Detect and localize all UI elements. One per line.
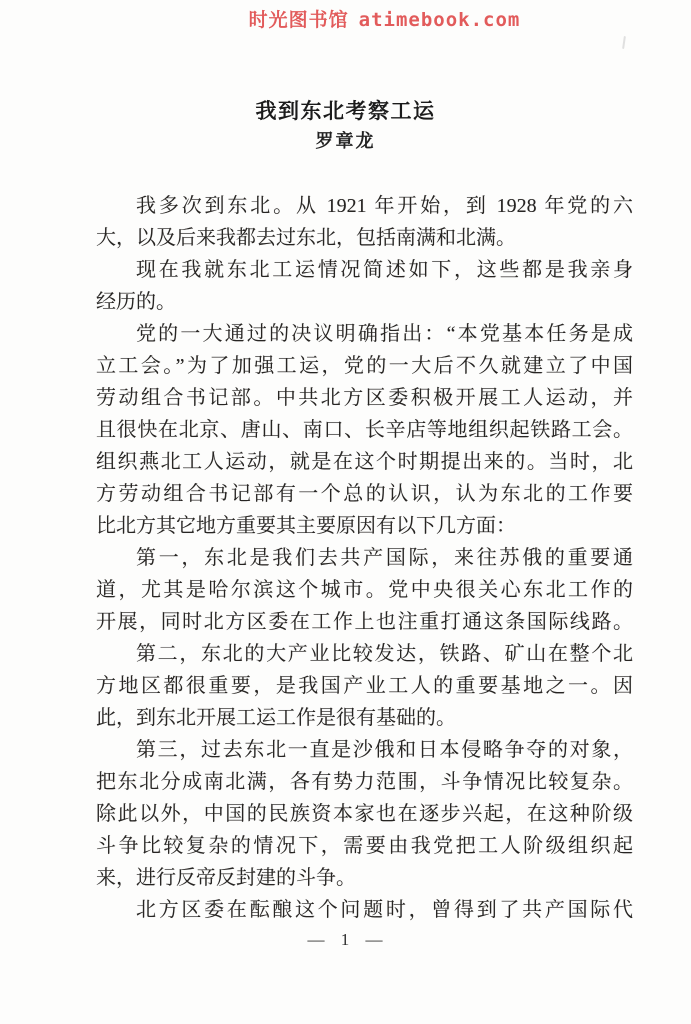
- text-line: 来，进行反帝反封建的斗争。: [96, 862, 633, 894]
- text-line: 第二，东北的大产业比较发达，铁路、矿山在整个北: [96, 638, 633, 670]
- watermark: 时光图书馆atimebook.com: [0, 5, 691, 32]
- text-line: 此，到东北开展工运工作是很有基础的。: [96, 702, 633, 734]
- watermark-site-name: 时光图书馆: [249, 9, 349, 31]
- text-line: 比北方其它地方重要其主要原因有以下几方面：: [96, 510, 633, 542]
- article-body: 我多次到东北。从 1921 年开始，到 1928 年党的六 大，以及后来我都去过…: [0, 190, 691, 926]
- text-line: 组织燕北工人运动，就是在这个时期提出来的。当时，北: [96, 446, 633, 478]
- page-number: — 1 —: [0, 930, 691, 950]
- text-line: 北方区委在酝酿这个问题时，曾得到了共产国际代: [96, 894, 633, 926]
- text-line: 立工会。”为了加强工运，党的一大后不久就建立了中国: [96, 350, 633, 382]
- text-line: 且很快在北京、唐山、南口、长辛店等地组织起铁路工会。: [96, 414, 633, 446]
- text-line: 把东北分成南北满，各有势力范围，斗争情况比较复杂。: [96, 766, 633, 798]
- text-line: 第三，过去东北一直是沙俄和日本侵略争夺的对象，: [96, 734, 633, 766]
- text-line: 劳动组合书记部。中共北方区委积极开展工人运动，并: [96, 382, 633, 414]
- text-line: 我多次到东北。从 1921 年开始，到 1928 年党的六: [96, 190, 633, 222]
- scanned-page: 时光图书馆atimebook.com 我到东北考察工运 罗章龙 我多次到东北。从…: [0, 0, 691, 1024]
- text-line: 斗争比较复杂的情况下，需要由我党把工人阶级组织起: [96, 830, 633, 862]
- text-line: 大，以及后来我都去过东北，包括南满和北满。: [96, 222, 633, 254]
- watermark-site-url: atimebook.com: [359, 9, 521, 31]
- text-line: 现在我就东北工运情况简述如下，这些都是我亲身: [96, 254, 633, 286]
- article-author: 罗章龙: [0, 130, 691, 154]
- text-line: 方劳动组合书记部有一个总的认识，认为东北的工作要: [96, 478, 633, 510]
- text-line: 开展，同时北方区委在工作上也注重打通这条国际线路。: [96, 606, 633, 638]
- text-line: 方地区都很重要，是我国产业工人的重要基地之一。因: [96, 670, 633, 702]
- text-line: 除此以外，中国的民族资本家也在逐步兴起，在这种阶级: [96, 798, 633, 830]
- text-line: 第一，东北是我们去共产国际，来往苏俄的重要通: [96, 542, 633, 574]
- text-line: 道，尤其是哈尔滨这个城市。党中央很关心东北工作的: [96, 574, 633, 606]
- text-line: 党的一大通过的决议明确指出：“本党基本任务是成: [96, 318, 633, 350]
- text-line: 经历的。: [96, 286, 633, 318]
